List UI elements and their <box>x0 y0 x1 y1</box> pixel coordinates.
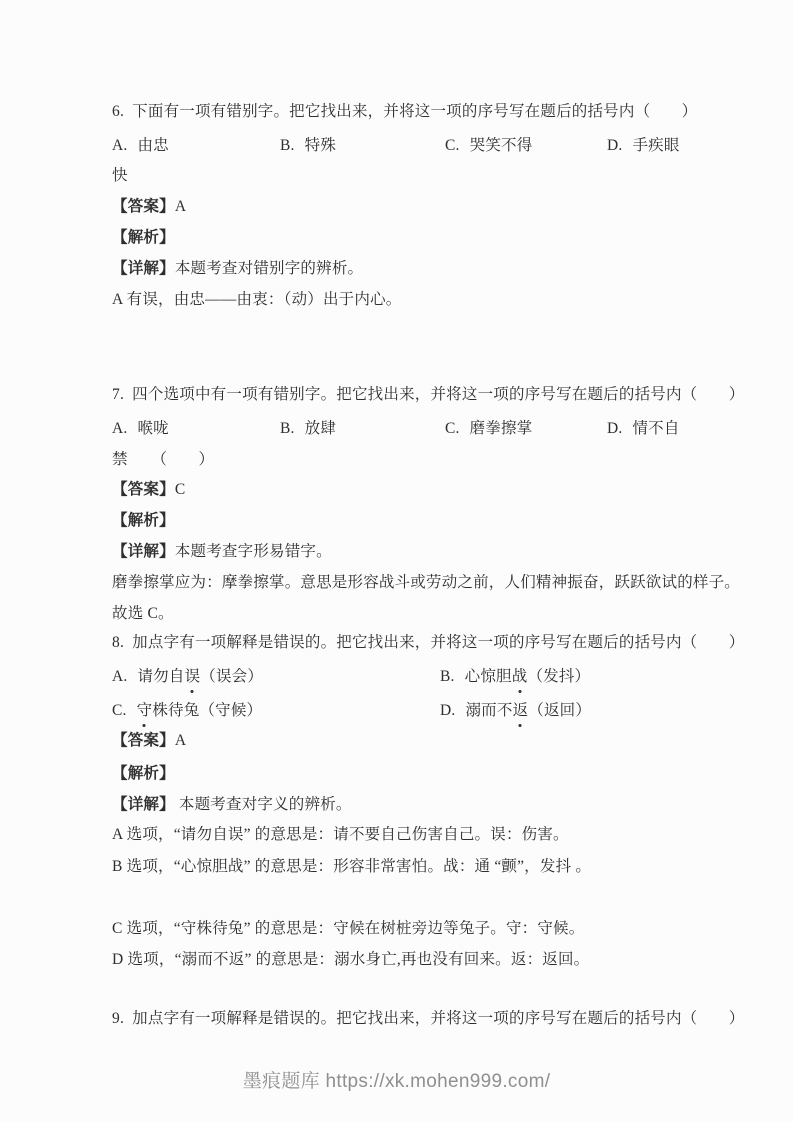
option-text: （误会） <box>200 668 263 685</box>
answer-value: A <box>175 732 186 749</box>
option-label: B. <box>280 137 295 154</box>
detail-label: 【详解】 <box>112 543 175 560</box>
option-text: 心惊胆 <box>465 668 512 685</box>
option-text: 哭笑不得 <box>470 137 533 154</box>
option-label: C. <box>112 702 127 719</box>
option-label: D. <box>607 420 622 437</box>
option-label: B. <box>280 420 295 437</box>
answer-value: C <box>175 481 186 498</box>
emphasized-char: 误 <box>185 666 201 688</box>
q8-option-c: C.守株待兔（守候） <box>112 700 262 722</box>
option-text: （返回） <box>528 702 591 719</box>
detail-text: 本题考查对字义的辨析。 <box>175 796 352 813</box>
q8-explain-b: B 选项，“心惊胆战” 的意思是：形容非常害怕。战：通 “颤”，发抖 。 <box>112 856 591 878</box>
site-url: https://xk.mohen999.com/ <box>326 1071 551 1092</box>
q6-option-d-wrap: 快 <box>112 165 128 187</box>
option-label: D. <box>607 137 622 154</box>
q7-stem: 7. 四个选项中有一项有错别字。把它找出来，并将这一项的序号写在题后的括号内（ … <box>112 384 744 406</box>
q8-options-row-1: A.请勿自误（误会） B.心惊胆战（发抖） <box>112 666 752 688</box>
option-text: 放肆 <box>305 420 336 437</box>
q7-option-c: C.磨拳擦掌 <box>445 418 532 440</box>
option-label: B. <box>440 668 455 685</box>
q8-option-a: A.请勿自误（误会） <box>112 666 263 688</box>
footer-watermark: 墨痕题库 https://xk.mohen999.com/ <box>0 1066 793 1093</box>
analysis-label: 【解析】 <box>112 512 175 529</box>
option-text: （发抖） <box>527 668 590 685</box>
q8-explain-d: D 选项，“溺而不返” 的意思是：溺水身亡,再也没有回来。返：返回。 <box>112 949 589 971</box>
emphasized-char: 返 <box>513 700 529 722</box>
option-text: 由忠 <box>137 137 168 154</box>
detail-label: 【详解】 <box>112 260 175 277</box>
q8-options-row-2: C.守株待兔（守候） D.溺而不返（返回） <box>112 700 752 722</box>
detail-label: 【详解】 <box>112 796 175 813</box>
q7-option-a: A.喉咙 <box>112 418 169 440</box>
q6-analysis: 【解析】 <box>112 227 175 249</box>
q7-option-d: D.情不自 <box>607 418 680 440</box>
q7-answer: 【答案】C <box>112 479 185 501</box>
q8-explain-a: A 选项，“请勿自误” 的意思是：请不要自己伤害自己。误：伤害。 <box>112 824 569 846</box>
q6-options-row: A.由忠 B.特殊 C.哭笑不得 D.手疾眼 <box>112 135 752 157</box>
q7-options-row: A.喉咙 B.放肆 C.磨拳擦掌 D.情不自 <box>112 418 752 440</box>
emphasized-char: 守 <box>137 700 153 722</box>
option-label: A. <box>112 137 127 154</box>
q8-detail: 【详解】 本题考查对字义的辨析。 <box>112 794 352 816</box>
q8-option-d: D.溺而不返（返回） <box>440 700 591 722</box>
q7-explain-1: 磨拳擦掌应为：摩拳擦掌。意思是形容战斗或劳动之前，人们精神振奋，跃跃欲试的样子。 <box>112 572 740 594</box>
q8-explain-c: C 选项，“守株待兔” 的意思是：守候在树桩旁边等兔子。守：守候。 <box>112 918 584 940</box>
q8-stem: 8. 加点字有一项解释是错误的。把它找出来，并将这一项的序号写在题后的括号内（ … <box>112 632 744 654</box>
answer-label: 【答案】 <box>112 198 175 215</box>
option-text: 情不自 <box>632 420 679 437</box>
q6-option-c: C.哭笑不得 <box>445 135 532 157</box>
document-page: 6. 下面有一项有错别字。把它找出来，并将这一项的序号写在题后的括号内（ ） A… <box>0 0 793 1122</box>
option-label: D. <box>440 702 455 719</box>
q6-option-b: B.特殊 <box>280 135 336 157</box>
option-label: C. <box>445 137 460 154</box>
option-text: 特殊 <box>305 137 336 154</box>
option-text: 手疾眼 <box>632 137 679 154</box>
answer-value: A <box>175 198 186 215</box>
answer-label: 【答案】 <box>112 732 175 749</box>
q9-stem: 9. 加点字有一项解释是错误的。把它找出来，并将这一项的序号写在题后的括号内（ … <box>112 1008 744 1030</box>
emphasized-char: 战 <box>512 666 528 688</box>
q7-analysis: 【解析】 <box>112 510 175 532</box>
q7-detail: 【详解】本题考查字形易错字。 <box>112 541 332 563</box>
q6-option-d: D.手疾眼 <box>607 135 680 157</box>
option-text: 磨拳擦掌 <box>470 420 533 437</box>
q8-option-b: B.心惊胆战（发抖） <box>440 666 590 688</box>
q7-option-d-wrap: 禁 （ ） <box>112 449 214 471</box>
option-text: 请勿自 <box>137 668 184 685</box>
option-label: C. <box>445 420 460 437</box>
detail-text: 本题考查对错别字的辨析。 <box>175 260 363 277</box>
analysis-label: 【解析】 <box>112 229 175 246</box>
q7-option-b: B.放肆 <box>280 418 336 440</box>
q8-answer: 【答案】A <box>112 730 186 752</box>
site-name: 墨痕题库 <box>243 1071 320 1092</box>
q6-explain: A 有误，由忠——由衷：（动）出于内心。 <box>112 289 401 311</box>
q6-detail: 【详解】本题考查对错别字的辨析。 <box>112 258 363 280</box>
option-label: A. <box>112 420 127 437</box>
q6-answer: 【答案】A <box>112 196 186 218</box>
option-text: 株待兔（守候） <box>152 702 262 719</box>
q6-stem: 6. 下面有一项有错别字。把它找出来，并将这一项的序号写在题后的括号内（ ） <box>112 101 697 123</box>
q8-analysis: 【解析】 <box>112 763 175 785</box>
option-text: 喉咙 <box>137 420 168 437</box>
analysis-label: 【解析】 <box>112 765 175 782</box>
q7-explain-2: 故选 C。 <box>112 603 174 625</box>
option-text: 溺而不 <box>465 702 512 719</box>
q6-option-a: A.由忠 <box>112 135 169 157</box>
option-label: A. <box>112 668 127 685</box>
detail-text: 本题考查字形易错字。 <box>175 543 332 560</box>
answer-label: 【答案】 <box>112 481 175 498</box>
